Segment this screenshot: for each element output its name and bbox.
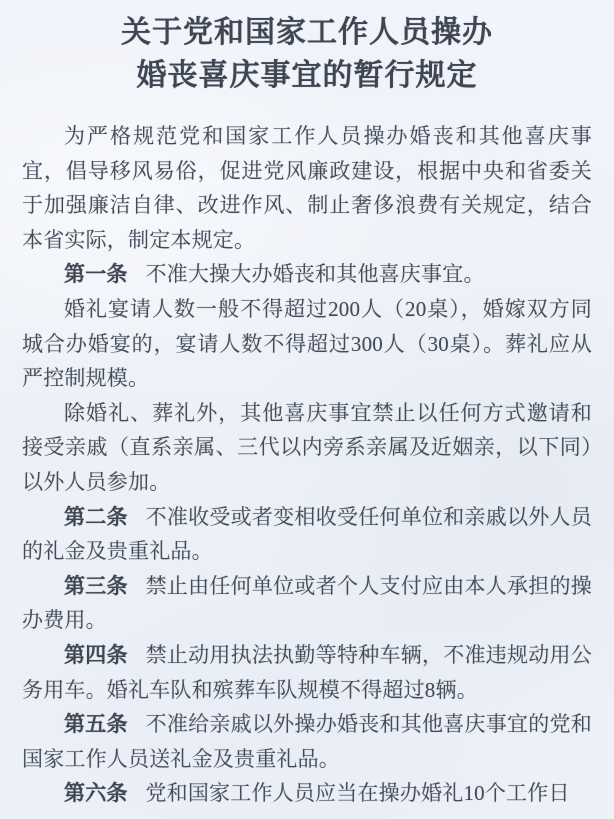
paragraph-text: 党和国家工作人员应当在操办婚礼10个工作日 [145,781,569,805]
paragraph-article-1-detail-1: 婚礼宴请人数一般不得超过200人（20桌），婚嫁双方同城合办婚宴的，宴请人数不得… [22,292,592,396]
paragraph-text: 婚礼宴请人数一般不得超过200人（20桌），婚嫁双方同城合办婚宴的，宴请人数不得… [22,297,592,390]
document-title: 关于党和国家工作人员操办 婚丧喜庆事宜的暂行规定 [0,0,614,97]
paragraph-article-6: 第六条党和国家工作人员应当在操办婚礼10个工作日 [22,776,592,811]
paragraph-text: 为严格规范党和国家工作人员操办婚丧和其他喜庆事宜，倡导移风易俗，促进党风廉政建设… [22,124,592,252]
paragraph-article-2: 第二条不准收受或者变相收受任何单位和亲戚以外人员的礼金及贵重礼品。 [22,500,592,569]
document-title-line-1: 关于党和国家工作人员操办 [0,11,614,54]
paragraph-article-1-detail-2: 除婚礼、葬礼外，其他喜庆事宜禁止以任何方式邀请和接受亲戚（直系亲属、三代以内旁系… [22,396,592,500]
paragraph-text: 除婚礼、葬礼外，其他喜庆事宜禁止以任何方式邀请和接受亲戚（直系亲属、三代以内旁系… [22,401,592,494]
paragraph-article-3: 第三条禁止由任何单位或者个人支付应由本人承担的操办费用。 [22,569,592,638]
paragraph-text: 不准大操大办婚丧和其他喜庆事宜。 [145,262,484,286]
article-label: 第五条 [64,712,128,736]
paragraph-article-4: 第四条禁止动用执法执勤等特种车辆，不准违规动用公务用车。婚礼车队和殡葬车队规模不… [22,638,592,707]
article-label: 第二条 [64,505,128,529]
document-body: 为严格规范党和国家工作人员操办婚丧和其他喜庆事宜，倡导移风易俗，促进党风廉政建设… [22,119,592,811]
document-title-line-2: 婚丧喜庆事宜的暂行规定 [0,54,614,97]
article-label: 第四条 [64,643,128,667]
article-label: 第一条 [64,262,128,286]
paragraph-intro: 为严格规范党和国家工作人员操办婚丧和其他喜庆事宜，倡导移风易俗，促进党风廉政建设… [22,119,592,257]
article-label: 第三条 [64,574,128,598]
article-label: 第六条 [64,781,128,805]
paragraph-article-1: 第一条不准大操大办婚丧和其他喜庆事宜。 [22,257,592,292]
paragraph-article-5: 第五条不准给亲戚以外操办婚丧和其他喜庆事宜的党和国家工作人员送礼金及贵重礼品。 [22,707,592,776]
scanned-document-page: 关于党和国家工作人员操办 婚丧喜庆事宜的暂行规定 为严格规范党和国家工作人员操办… [0,0,614,819]
